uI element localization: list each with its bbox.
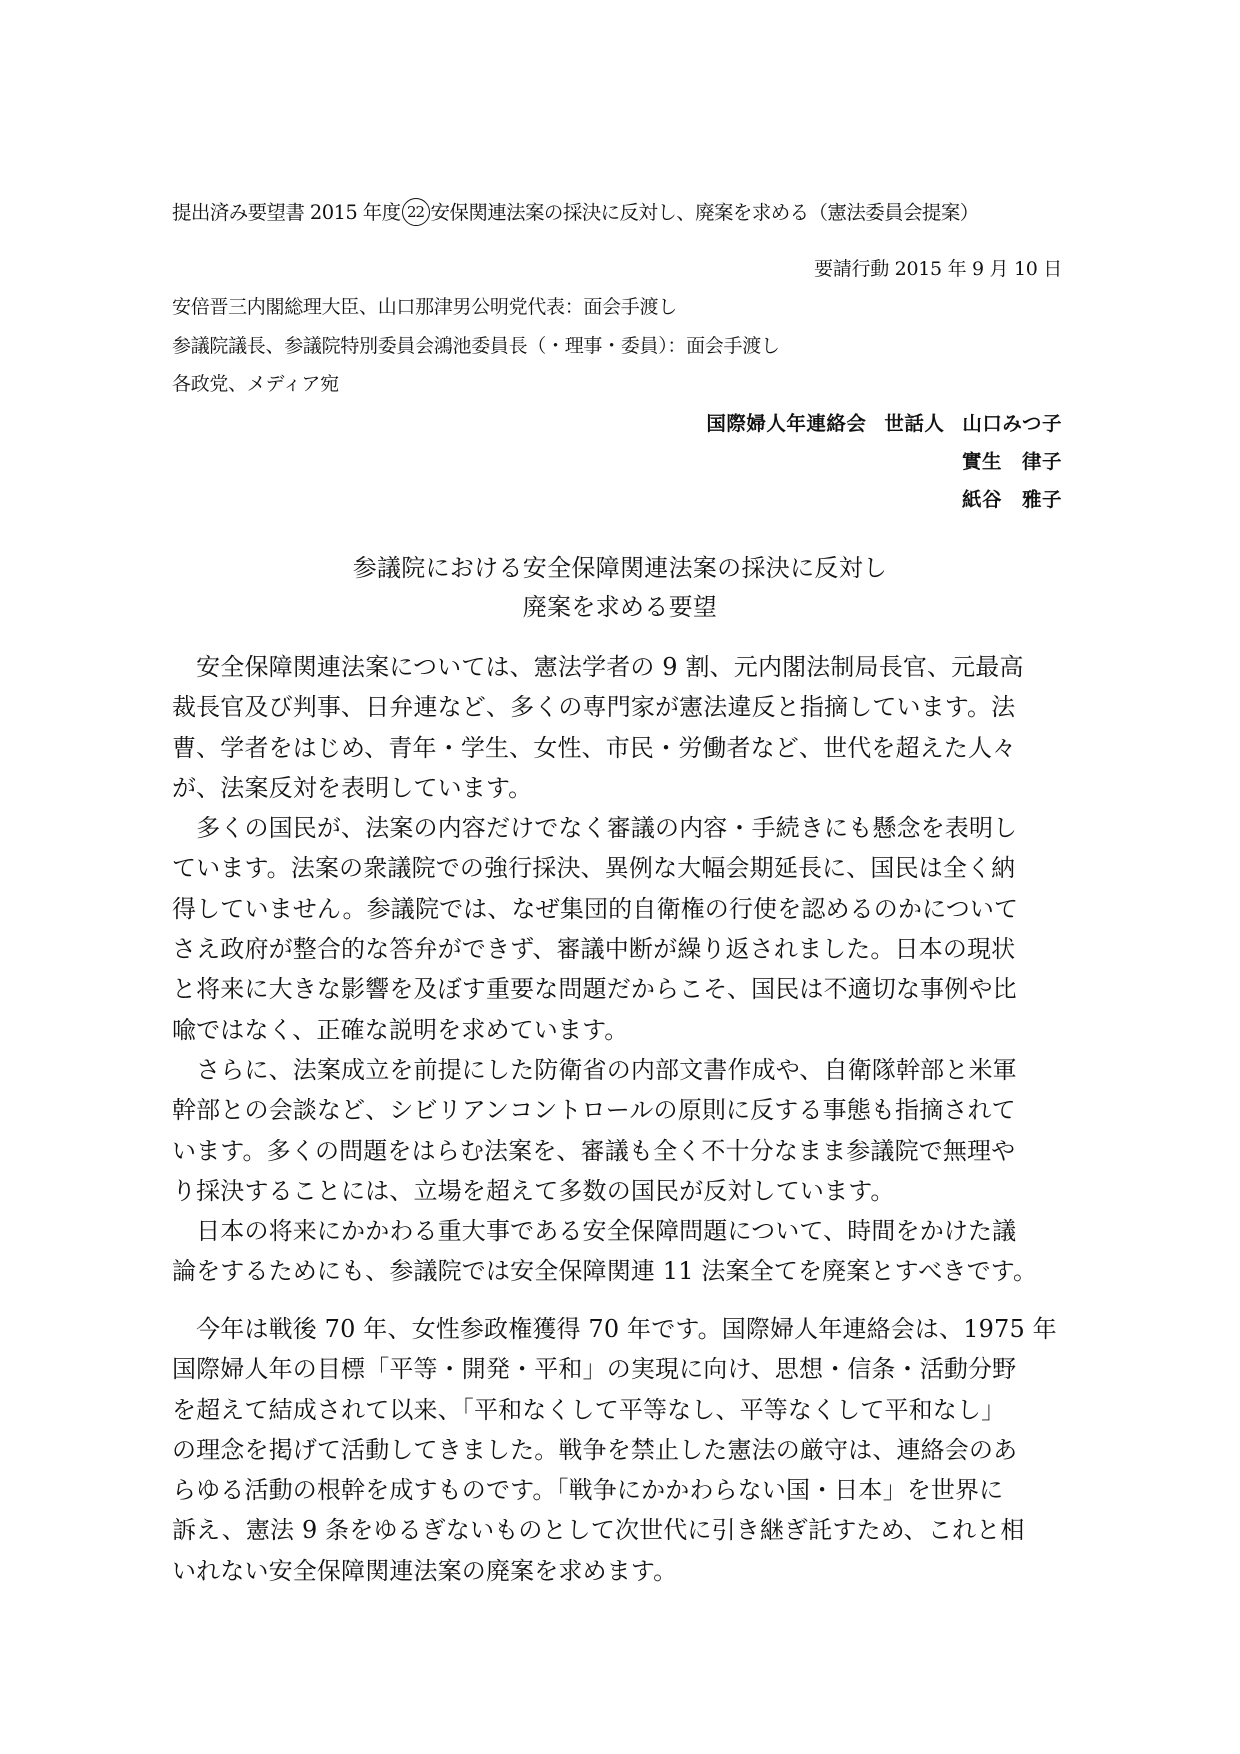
- document-page: 提出済み要望書 2015 年度22安保関連法案の採決に反対し、廃案を求める（憲法…: [0, 0, 1240, 1754]
- body-line: さらに、法案成立を前提にした防衛省の内部文書作成や、自衛隊幹部と米軍: [172, 1050, 1064, 1090]
- closing-line: の理念を掲げて活動してきました。戦争を禁止した憲法の厳守は、連絡会のあ: [172, 1430, 1064, 1470]
- body-line: います。多くの問題をはらむ法案を、審議も全く不十分なまま参議院で無理や: [172, 1131, 1064, 1171]
- body-line: 安全保障関連法案については、憲法学者の 9 割、元内閣法制局長官、元最高: [172, 647, 1064, 687]
- organization-name: 国際婦人年連絡会: [706, 412, 866, 435]
- header-suffix: 安保関連法案の採決に反対し、廃案を求める（憲法委員会提案）: [431, 201, 979, 224]
- signatory-name: 紙谷 雅子: [962, 486, 1062, 514]
- body-line: と将来に大きな影響を及ぼす重要な問題だからこそ、国民は不適切な事例や比: [172, 969, 1064, 1009]
- closing-line: 訴え、憲法 9 条をゆるぎないものとして次世代に引き継ぎ託すため、これと相: [172, 1510, 1064, 1550]
- body-line: 曹、学者をはじめ、青年・学生、女性、市民・労働者など、世代を超えた人々: [172, 728, 1064, 768]
- body-line: が、法案反対を表明しています。: [172, 768, 1064, 808]
- closing-line: 今年は戦後 70 年、女性参政権獲得 70 年です。国際婦人年連絡会は、1975…: [172, 1309, 1064, 1349]
- body-line: 得していません。参議院では、なぜ集団的自衛権の行使を認めるのかについて: [172, 889, 1064, 929]
- body-line: り採決することには、立場を超えて多数の国民が反対しています。: [172, 1171, 1064, 1211]
- closing-line: いれない安全保障関連法案の廃案を求めます。: [172, 1551, 1064, 1591]
- body-line: 幹部との会談など、シビリアンコントロールの原則に反する事態も指摘されて: [172, 1090, 1064, 1130]
- closing-line: らゆる活動の根幹を成すものです。「戦争にかかわらない国・日本」を世界に: [172, 1470, 1064, 1510]
- header-prefix: 提出済み要望書 2015 年度: [172, 201, 401, 224]
- body-line: 論をするためにも、参議院では安全保障関連 11 法案全てを廃案とすべきです。: [172, 1251, 1064, 1291]
- body-line: 日本の将来にかかわる重大事である安全保障問題について、時間をかけた議: [172, 1211, 1064, 1251]
- signatory-name: 實生 律子: [962, 448, 1062, 476]
- document-header: 提出済み要望書 2015 年度22安保関連法案の採決に反対し、廃案を求める（憲法…: [172, 198, 1062, 228]
- body-line: 多くの国民が、法案の内容だけでなく審議の内容・手続きにも懸念を表明し: [172, 808, 1064, 848]
- circled-number: 22: [402, 198, 430, 226]
- addressee-line: 安倍晋三内閣総理大臣、山口那津男公明党代表：面会手渡し: [172, 293, 677, 321]
- addressee-line: 各政党、メディア宛: [172, 370, 339, 398]
- body-line: 喩ではなく、正確な説明を求めています。: [172, 1010, 1064, 1050]
- signatory-role: 世話人: [884, 412, 944, 435]
- closing-line: 国際婦人年の目標「平等・開発・平和」の実現に向け、思想・信条・活動分野: [172, 1349, 1064, 1389]
- addressee-line: 参議院議長、参議院特別委員会鴻池委員長（・理事・委員）：面会手渡し: [172, 332, 780, 360]
- closing-line: を超えて結成されて以来、「平和なくして平等なし、平等なくして平和なし」: [172, 1390, 1064, 1430]
- document-title-line-2: 廃案を求める要望: [0, 590, 1240, 624]
- body-line: さえ政府が整合的な答弁ができず、審議中断が繰り返されました。日本の現状: [172, 929, 1064, 969]
- body-text: 安全保障関連法案については、憲法学者の 9 割、元内閣法制局長官、元最高 裁長官…: [172, 647, 1064, 1292]
- closing-text: 今年は戦後 70 年、女性参政権獲得 70 年です。国際婦人年連絡会は、1975…: [172, 1309, 1064, 1591]
- body-line: 裁長官及び判事、日弁連など、多くの専門家が憲法違反と指摘しています。法: [172, 687, 1064, 727]
- action-date: 要請行動 2015 年 9 月 10 日: [814, 255, 1062, 283]
- signatory-name: 山口みつ子: [962, 412, 1062, 435]
- signatory-org-line: 国際婦人年連絡会世話人山口みつ子: [706, 410, 1062, 438]
- document-title-line-1: 参議院における安全保障関連法案の採決に反対し: [0, 551, 1240, 585]
- body-line: ています。法案の衆議院での強行採決、異例な大幅会期延長に、国民は全く納: [172, 848, 1064, 888]
